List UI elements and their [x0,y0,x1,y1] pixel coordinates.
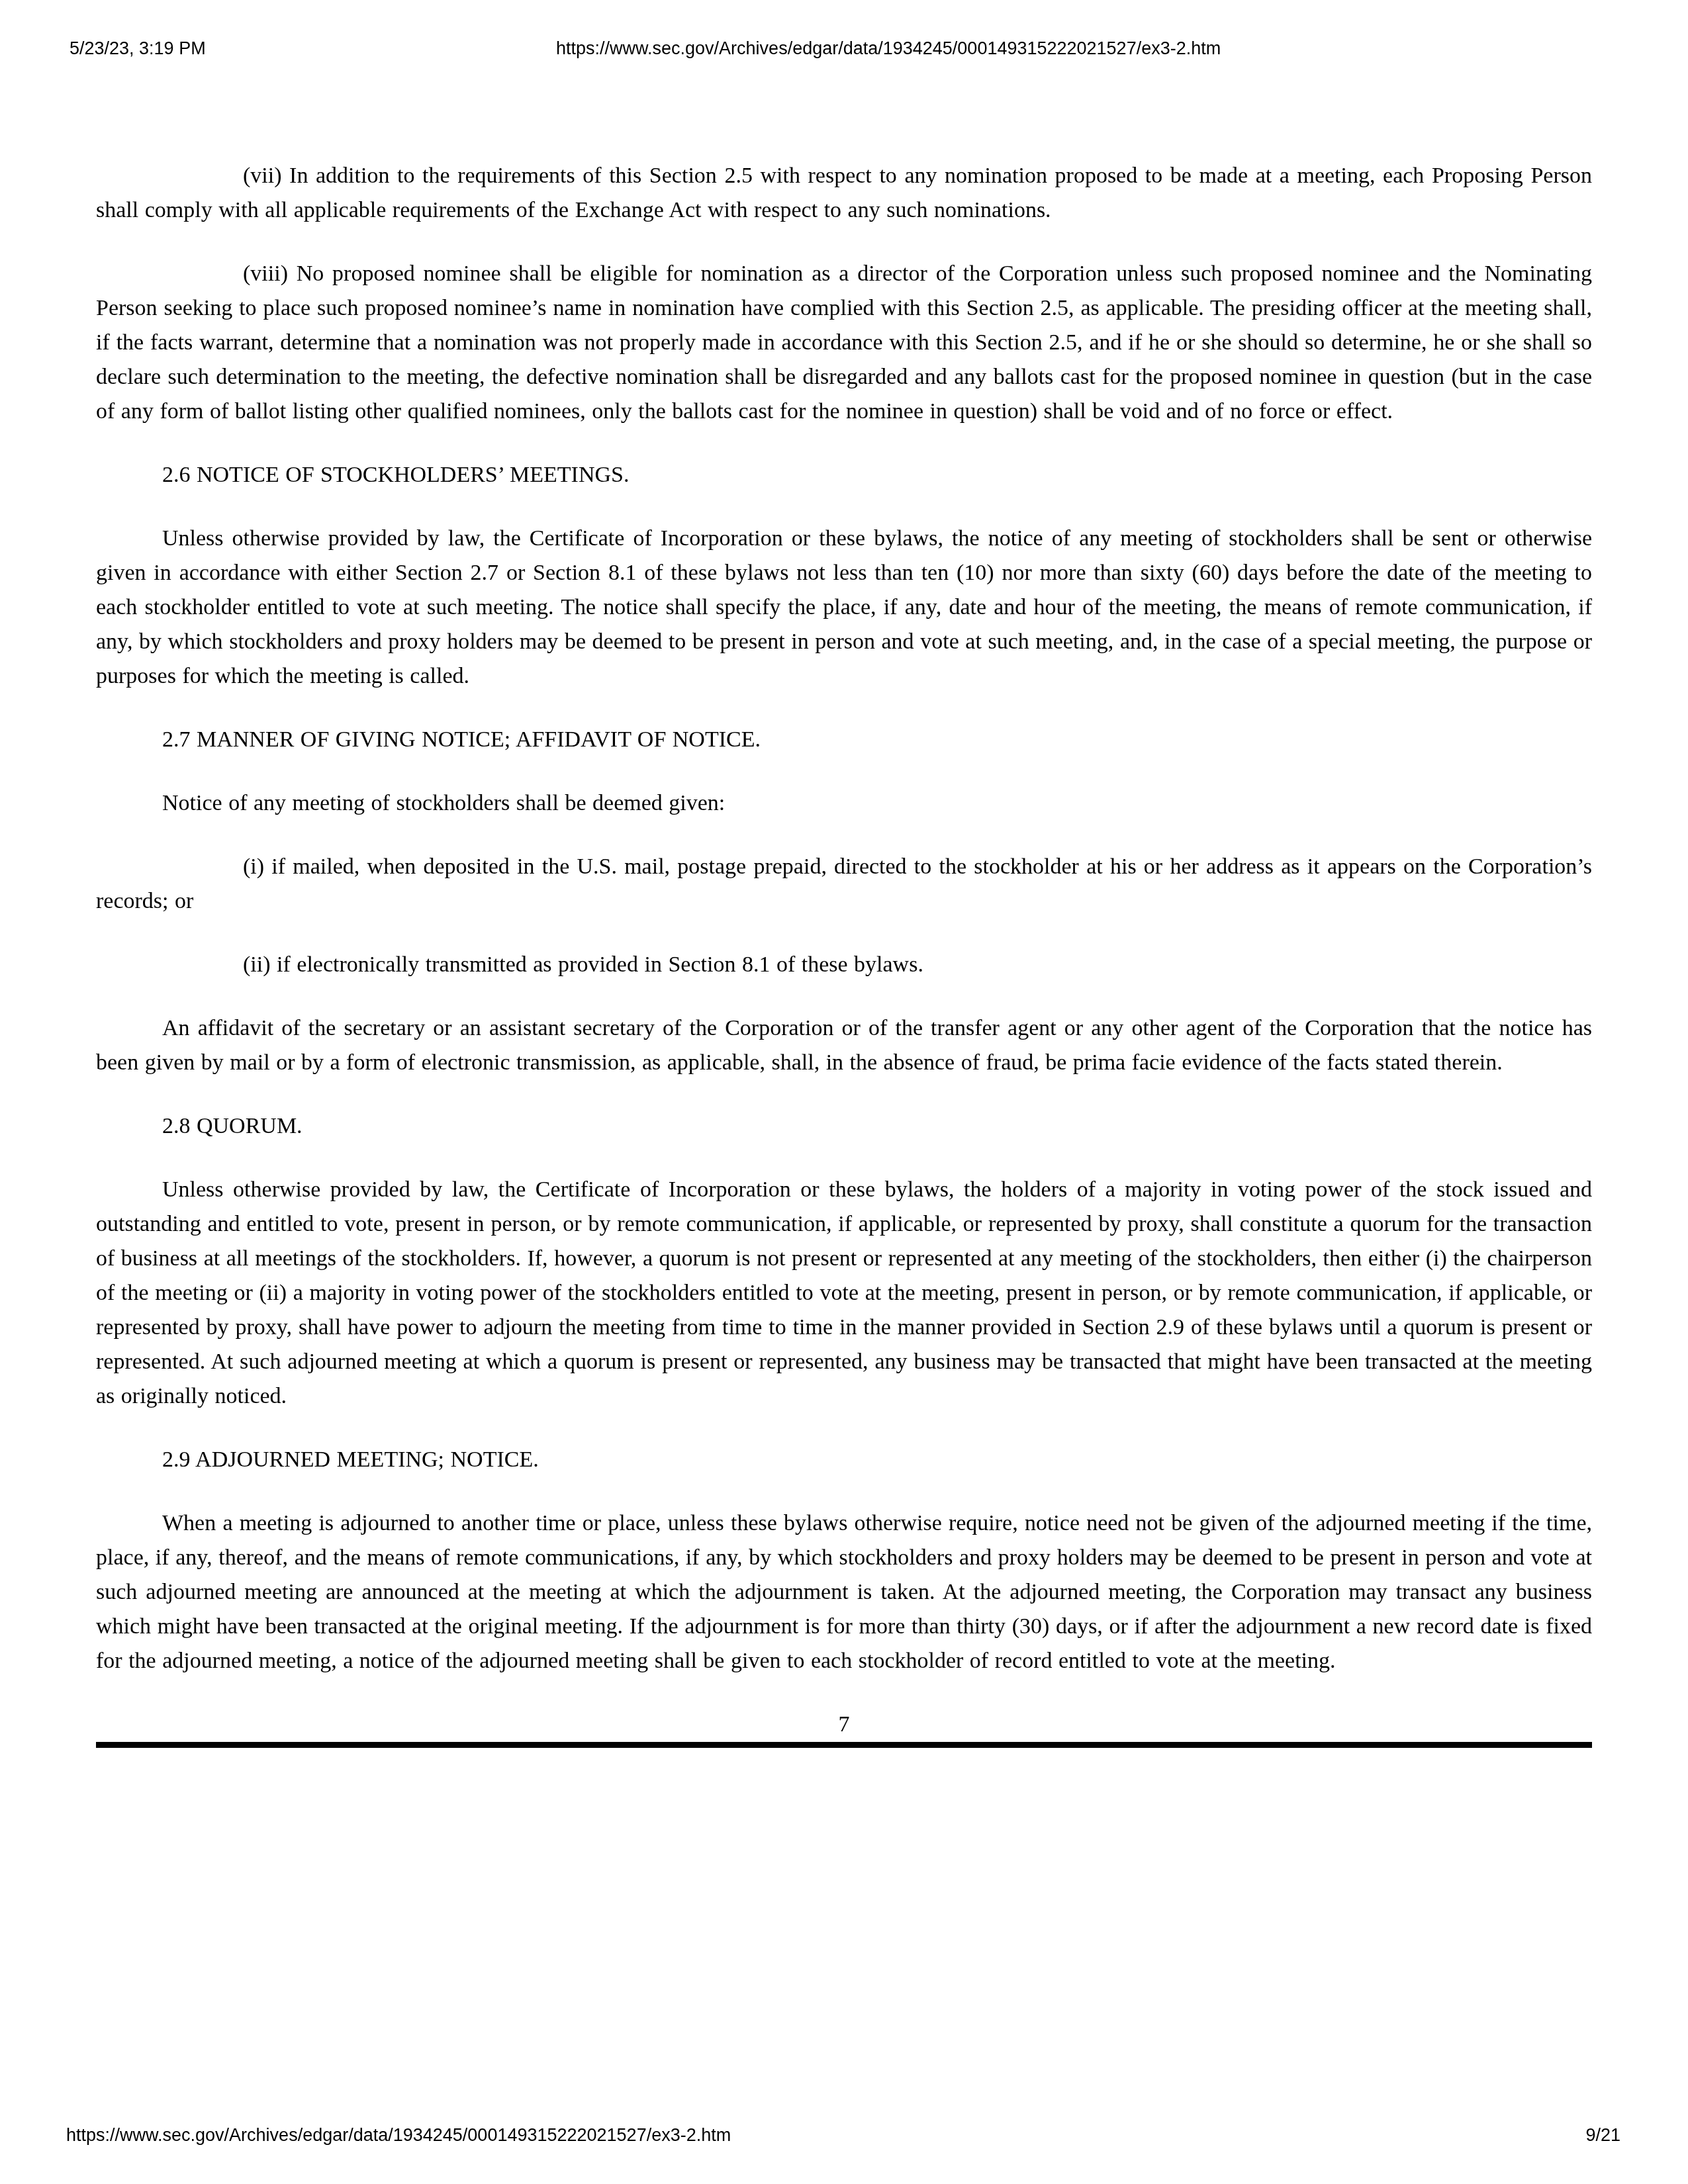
print-header-url: https://www.sec.gov/Archives/edgar/data/… [556,36,1221,60]
document-body: (vii) In addition to the requirements of… [96,159,1592,1748]
clause-i: (i) if mailed, when deposited in the U.S… [96,850,1592,919]
page-divider-rule [96,1742,1592,1748]
print-header: 5/23/23, 3:19 PM https://www.sec.gov/Arc… [70,36,1618,63]
paragraph-2-8: Unless otherwise provided by law, the Ce… [96,1173,1592,1414]
paragraph-2-7-intro: Notice of any meeting of stockholders sh… [96,786,1592,821]
heading-2-9: 2.9 ADJOURNED MEETING; NOTICE. [96,1443,1592,1477]
document-paragraphs: (vii) In addition to the requirements of… [96,159,1592,1678]
paragraph-affidavit: An affidavit of the secretary or an assi… [96,1011,1592,1080]
paragraph-2-6: Unless otherwise provided by law, the Ce… [96,522,1592,694]
paragraph-2-9: When a meeting is adjourned to another t… [96,1506,1592,1678]
print-footer-page-indicator: 9/21 [1585,2123,1620,2147]
heading-2-6: 2.6 NOTICE OF STOCKHOLDERS’ MEETINGS. [96,458,1592,492]
heading-2-8: 2.8 QUORUM. [96,1109,1592,1144]
heading-2-7: 2.7 MANNER OF GIVING NOTICE; AFFIDAVIT O… [96,723,1592,757]
clause-ii: (ii) if electronically transmitted as pr… [96,948,1592,982]
print-footer-url: https://www.sec.gov/Archives/edgar/data/… [66,2123,731,2147]
print-header-datetime: 5/23/23, 3:19 PM [70,36,206,60]
clause-viii: (viii) No proposed nominee shall be elig… [96,257,1592,429]
print-footer: https://www.sec.gov/Archives/edgar/data/… [66,2123,1620,2147]
clause-vii: (vii) In addition to the requirements of… [96,159,1592,228]
page-number: 7 [96,1707,1592,1742]
